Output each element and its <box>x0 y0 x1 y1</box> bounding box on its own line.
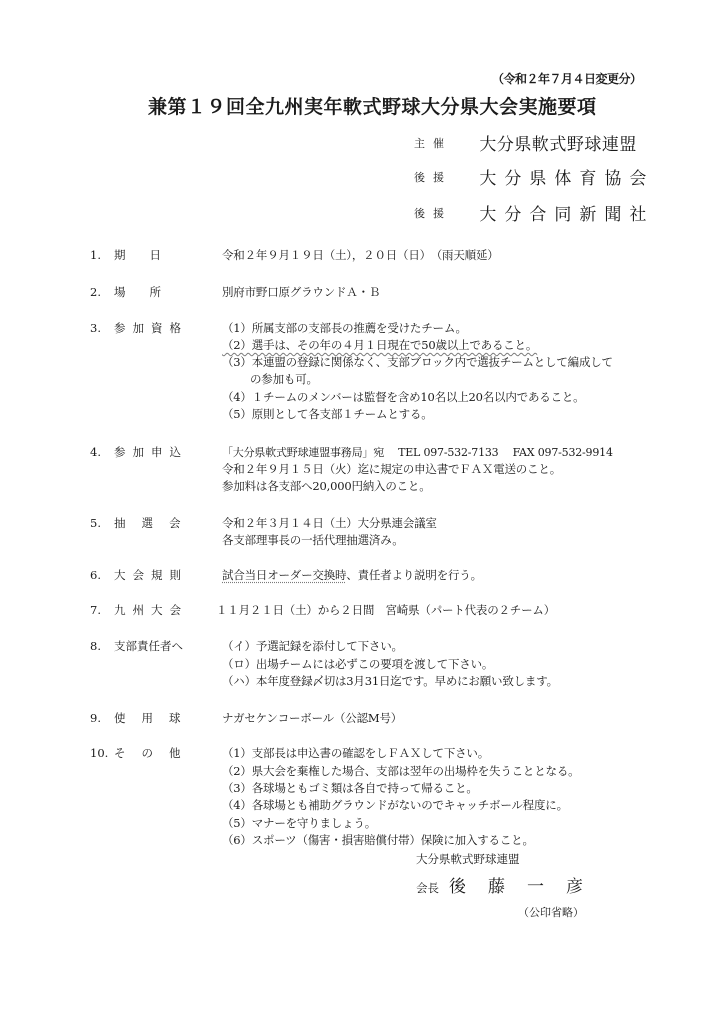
section-label-other: 10.その他 <box>90 745 210 761</box>
signature-name: 後藤一彦 <box>449 877 605 897</box>
section-name: その他 <box>114 745 197 761</box>
section-text: 令和２年９月１５日（火）迄に規定の申込書でＦＡＸ電送のこと。 <box>222 461 561 477</box>
section-number: 7. <box>90 603 114 617</box>
organizer-sponsor-1: 後援 大分県体育協会 <box>414 164 654 189</box>
organizer-role: 主催 <box>414 135 474 151</box>
section-number: 6. <box>90 568 114 582</box>
document-title: 兼第１９回全九州実年軟式野球大分県大会実施要項 <box>148 92 597 119</box>
section-number: 4. <box>90 445 114 459</box>
section-number: 3. <box>90 321 114 335</box>
section-name: 抽選会 <box>114 515 197 531</box>
section-text: （ロ）出場チームには必ずこの要項を渡して下さい。 <box>222 656 493 672</box>
seal-note: （公印省略） <box>518 904 584 920</box>
section-number: 1. <box>90 248 114 262</box>
section-number: 8. <box>90 639 114 653</box>
section-label-branch: 8.支部責任者へ <box>90 638 210 654</box>
section-number: 9. <box>90 711 114 725</box>
section-text: （2）県大会を棄権した場合、支部は翌年の出場枠を失うこととなる。 <box>222 763 579 779</box>
section-text: の参加も可。 <box>250 371 318 387</box>
section-name: 参加申込 <box>114 444 188 460</box>
section-name: 期日 <box>114 247 185 263</box>
signature-president: 会長後藤一彦 <box>416 872 605 897</box>
section-text: 別府市野口原グラウンドＡ・Ｂ <box>222 284 380 300</box>
section-label-eligibility: 3.参加資格 <box>90 320 210 336</box>
section-text: （3）各球場ともゴミ類は各自で持って帰ること。 <box>222 780 478 796</box>
section-text: （3）本連盟の登録に関係なく、支部ブロック内で選抜チームとして編成して <box>222 354 613 370</box>
section-label-draw: 5.抽選会 <box>90 515 210 531</box>
organizer-host: 主催 大分県軟式野球連盟 <box>414 130 637 155</box>
section-label-rules: 6.大会規則 <box>90 567 210 583</box>
section-number: 5. <box>90 516 114 530</box>
section-text: 各支部理事長の一括代理抽選済み。 <box>222 532 404 548</box>
section-text: （イ）予選記録を添付して下さい。 <box>222 638 403 654</box>
signature-organization: 大分県軟式野球連盟 <box>416 851 520 867</box>
section-text: 「大分県軟式野球連盟事務局」宛 TEL 097-532-7133 FAX 097… <box>222 444 613 460</box>
section-text: 令和２年３月１４日（土）大分県連会議室 <box>222 515 437 531</box>
section-text: （5）マナーを守りましょう。 <box>222 815 376 831</box>
section-name: 場所 <box>114 284 185 300</box>
revision-note: （令和２年７月４日変更分） <box>492 70 642 87</box>
section-text: （5）原則として各支部１チームとする。 <box>222 406 433 422</box>
section-name: 使用球 <box>114 710 197 726</box>
section-text: （4）１チームのメンバーは監督を含め10名以上20名以内であること。 <box>222 389 584 405</box>
section-text: ナガセケンコーボール（公認M号） <box>222 710 402 726</box>
section-label-dates: 1.期日 <box>90 247 210 263</box>
section-text: 令和２年９月１９日（土），２０日（日） （雨天順延） <box>222 247 499 263</box>
section-name: 九州大会 <box>114 602 188 618</box>
section-text: （1）支部長は申込書の確認をしＦＡＸして下さい。 <box>222 745 489 761</box>
section-label-kyushu: 7.九州大会 <box>90 602 210 618</box>
section-text: １１月２１日（土）から２日間 宮崎県（パート代表の２チーム） <box>216 602 555 618</box>
section-text: 、責任者より説明を行う。 <box>346 568 482 582</box>
signature-title: 会長 <box>416 881 439 895</box>
section-name: 大会規則 <box>114 567 188 583</box>
section-text: （1）所属支部の支部長の推薦を受けたチーム。 <box>222 320 467 336</box>
section-number: 2. <box>90 285 114 299</box>
section-number: 10. <box>90 746 114 760</box>
organizer-sponsor-2: 後援 大分合同新聞社 <box>414 200 654 225</box>
section-name: 支部責任者へ <box>114 638 183 654</box>
organizer-role: 後援 <box>414 169 474 185</box>
section-label-ball: 9.使用球 <box>90 710 210 726</box>
organizer-name: 大分県体育協会 <box>479 164 654 189</box>
section-name: 参加資格 <box>114 320 188 336</box>
section-text: （ハ）本年度登録〆切は3月31日迄です。早めにお願い致します。 <box>222 673 558 689</box>
section-label-application: 4.参加申込 <box>90 444 210 460</box>
section-text-underlined: （2）選手は、その年の４月１日現在で50歳以上であること。 <box>222 337 537 353</box>
section-text: （6）スポーツ（傷害・損害賠償付帯）保険に加入すること。 <box>222 832 534 848</box>
organizer-role: 後援 <box>414 205 474 221</box>
section-text: 試合当日オーダー交換時、責任者より説明を行う。 <box>222 567 482 583</box>
organizer-name: 大分合同新聞社 <box>479 200 654 225</box>
section-text-underlined: 試合当日オーダー交換時 <box>222 568 346 582</box>
section-label-venue: 2.場所 <box>90 284 210 300</box>
section-text: （4）各球場とも補助グラウンドがないのでキャッチボール程度に。 <box>222 797 568 813</box>
organizer-name: 大分県軟式野球連盟 <box>479 130 637 155</box>
section-text: 参加料は各支部へ20,000円納入のこと。 <box>222 478 431 494</box>
